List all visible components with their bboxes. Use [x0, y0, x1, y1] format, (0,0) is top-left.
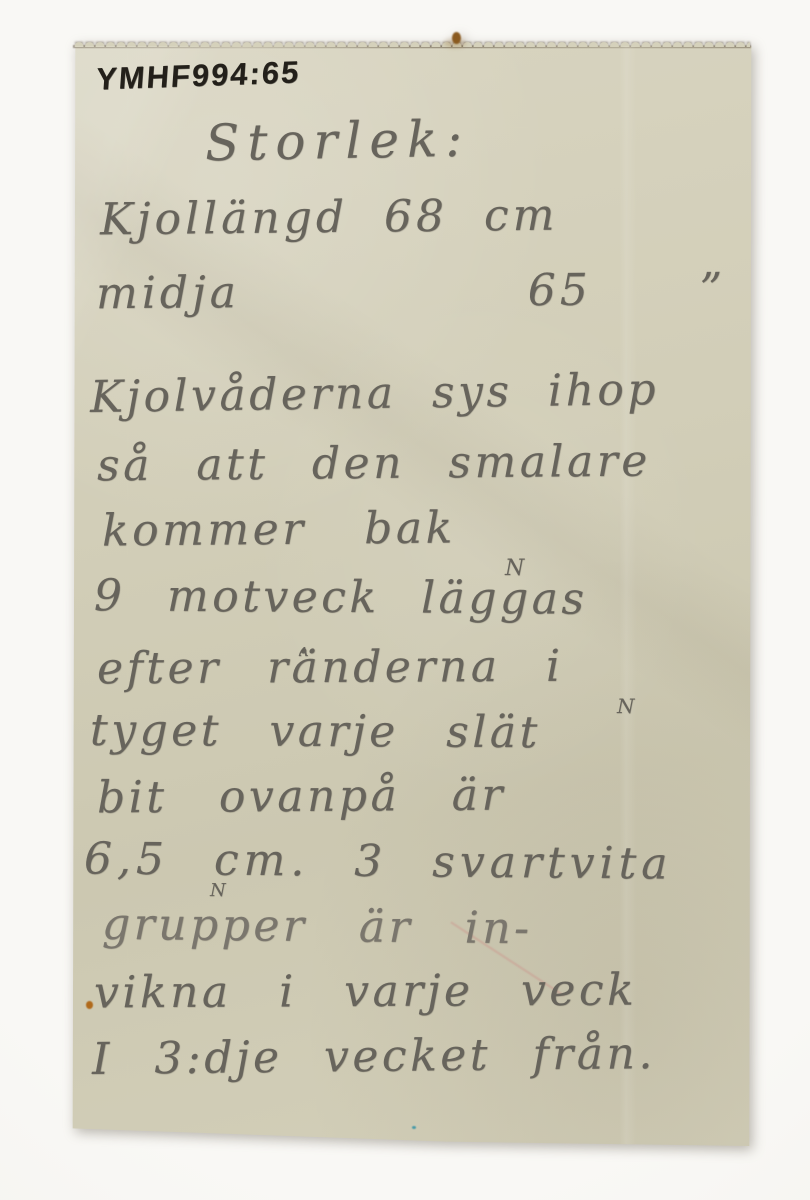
scan-background: { "colors": { "background": "#f9f8f5", "…: [0, 0, 810, 1200]
note-line: midja 65 ”: [96, 268, 726, 316]
note-line: Kjolvåderna sys ihop: [90, 368, 660, 420]
insertion-mark: N: [505, 558, 524, 580]
insertion-mark: N: [210, 882, 226, 900]
note-line: tyget varje slät: [90, 709, 541, 755]
catalog-number: YMHF994:65: [95, 54, 302, 97]
note-line: I 3:dje vecket från.: [92, 1032, 656, 1082]
note-line: vikna i varje veck: [94, 969, 637, 1016]
stain: [86, 1001, 93, 1009]
note-line: bit ovanpå är: [97, 774, 506, 821]
note-line: 6,5 cm. 3 svartvita: [84, 837, 673, 886]
note-title: Storlek:: [205, 114, 471, 169]
note-line: kommer bak: [102, 506, 456, 553]
insertion-mark: ʌ: [298, 642, 308, 660]
perforated-edge: [74, 37, 750, 47]
handwritten-note-paper: YMHF994:65 Storlek: Kjollängd 68 cm midj…: [72, 46, 752, 1146]
note-line: efter ränderna i: [97, 645, 564, 691]
note-line: 9 motveck läggas: [94, 574, 588, 621]
insertion-mark: N: [617, 696, 635, 716]
stain: [412, 1126, 416, 1129]
note-line: så att den smalare: [97, 440, 651, 489]
note-line: grupper är in-: [102, 903, 533, 952]
note-line: Kjollängd 68 cm: [100, 194, 559, 243]
stain: [452, 32, 461, 44]
